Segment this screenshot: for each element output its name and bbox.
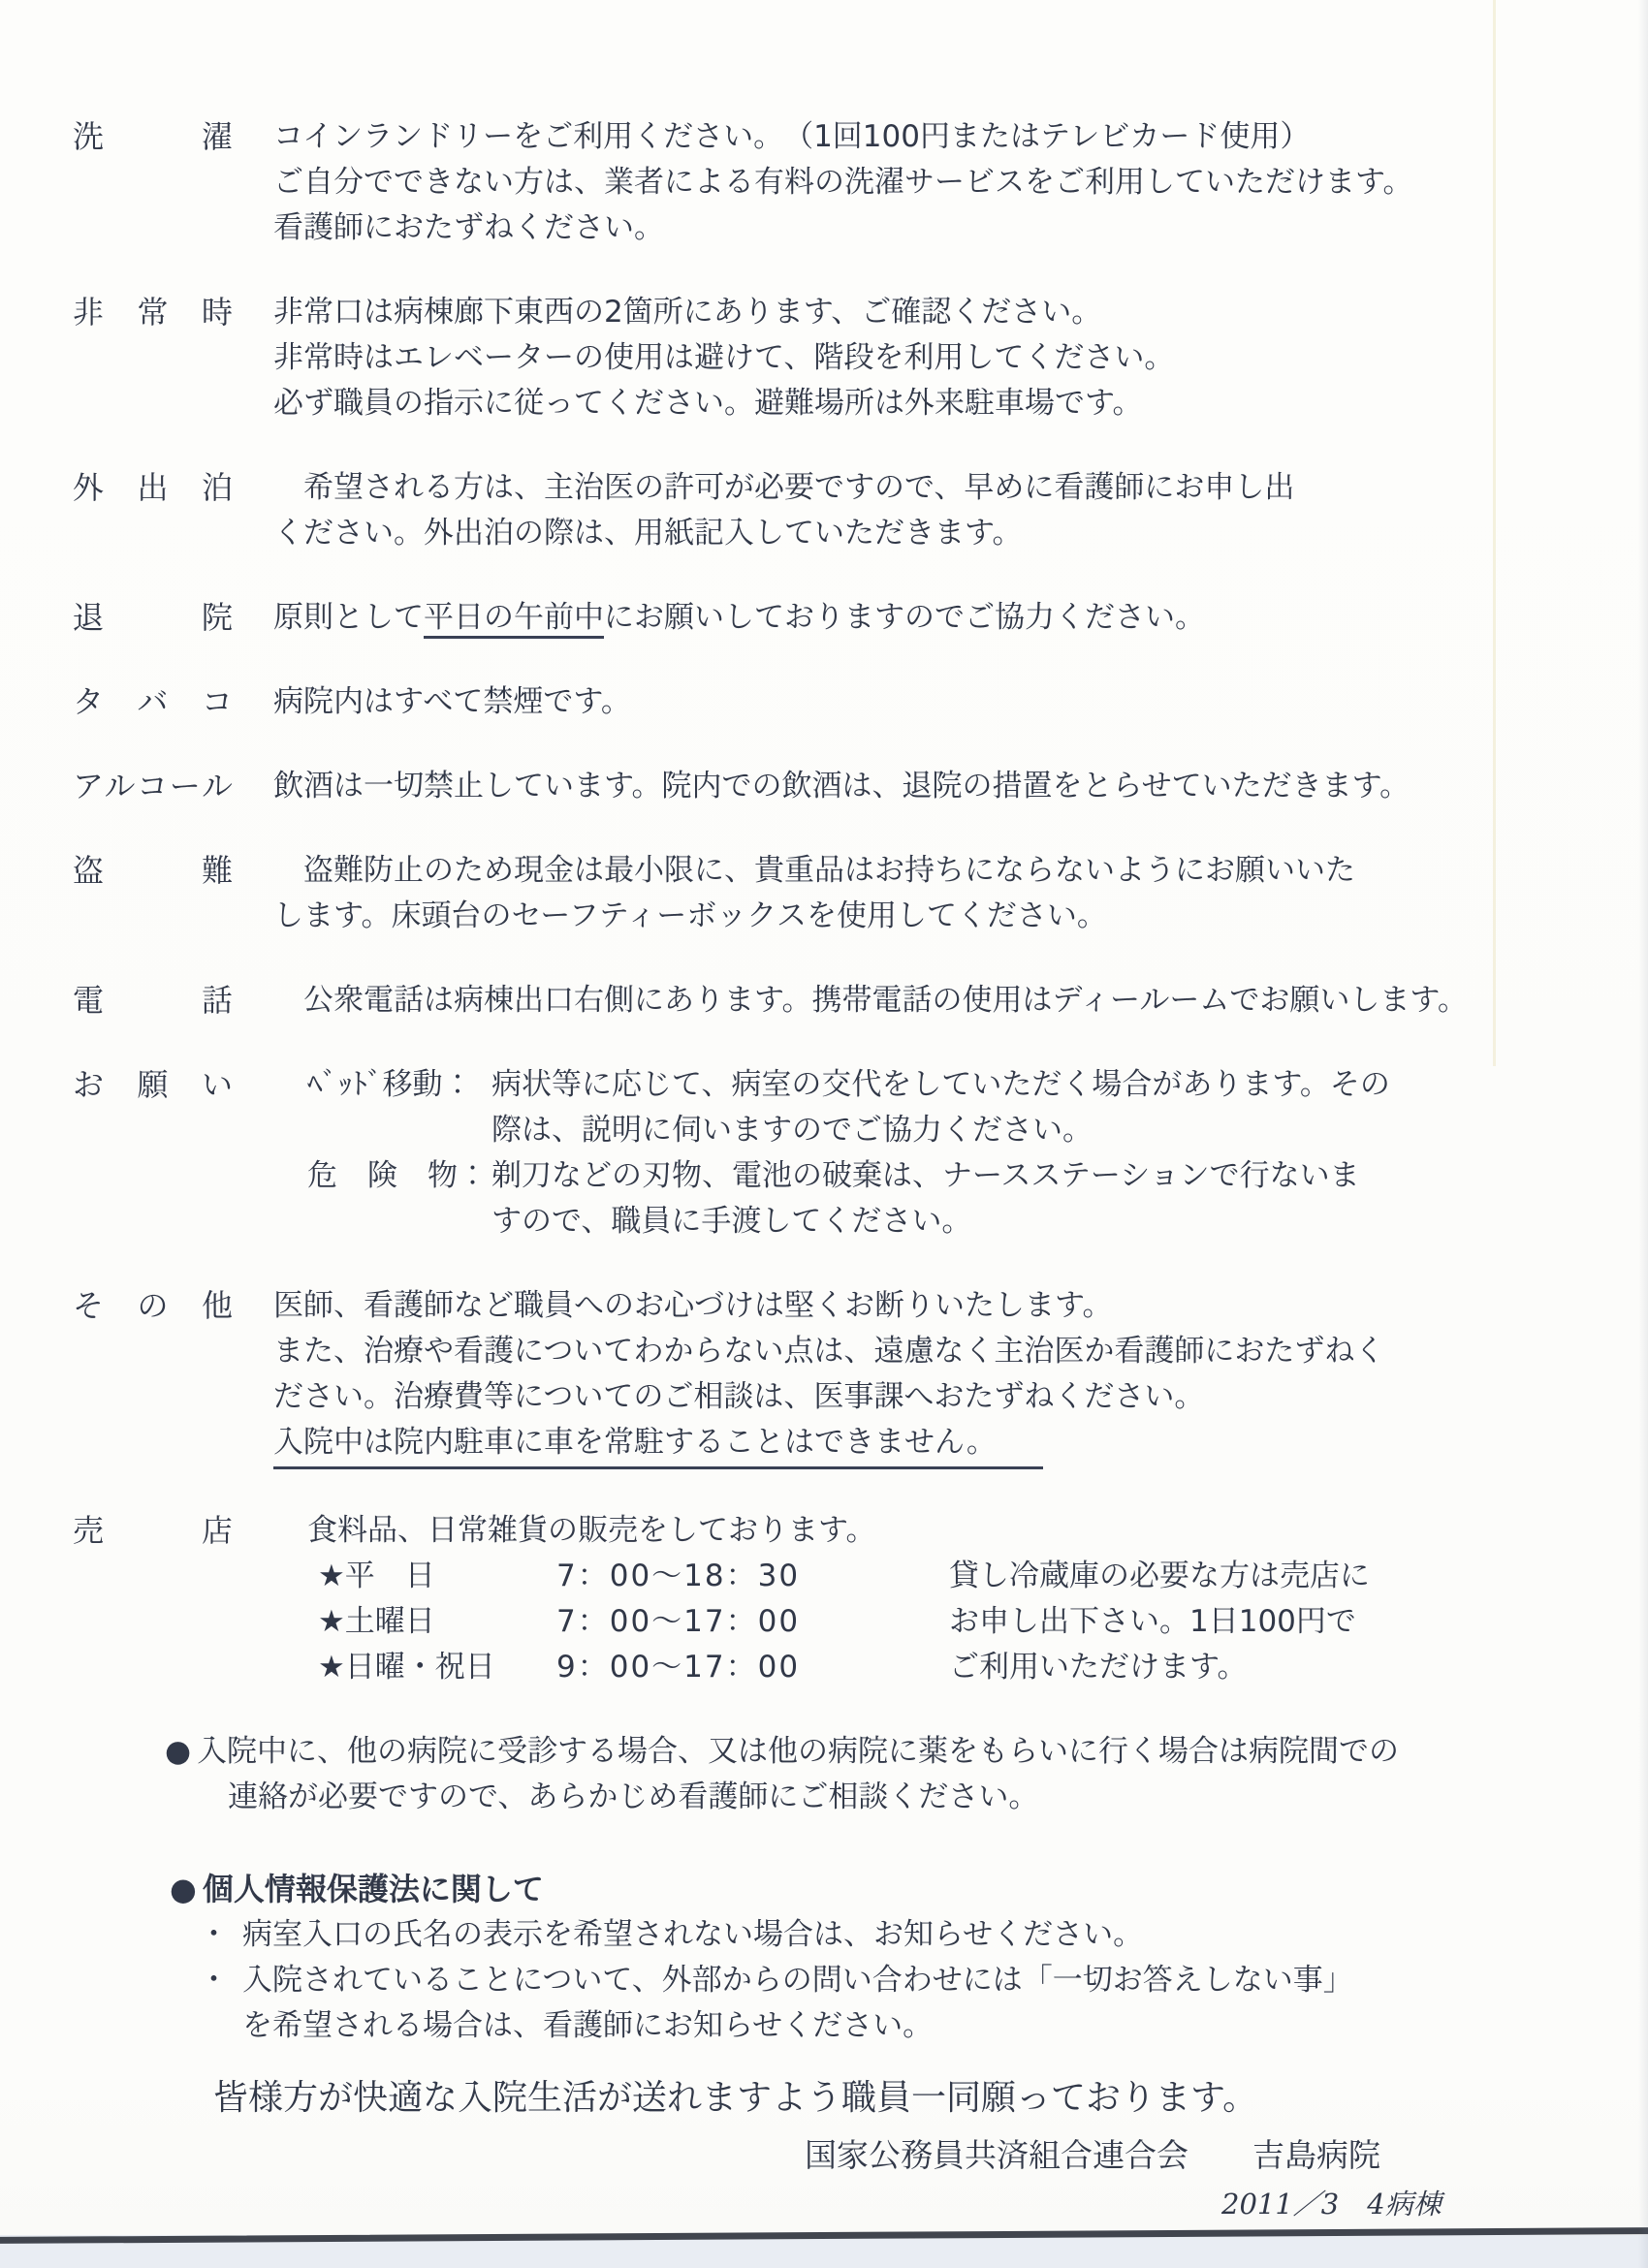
dot-icon: ・ [199,1963,229,1998]
text-segment: 入院中に、他の病院に受診する場合、又は他の病院に薬をもらいに行く場合は病院間での [197,1734,1399,1769]
text-segment: 病室入口の氏名の表示を希望されない場合は、お知らせください。 [242,1917,1143,1952]
closing-message: 皆様方が快適な入院生活が送れますよう職員一同願っております。 [213,2074,1590,2123]
bullet-icon: ● [165,1734,191,1769]
shop-hours: 9：00～17：00 [556,1645,949,1690]
text-line: 際は、説明に伺いますのでご協力ください。 [491,1108,1590,1153]
text-line: 医師、看護師など職員へのお心づけは堅くお断りいたします。 [273,1283,1590,1329]
text-line: 連絡が必要ですので、あらかじめ看護師にご相談ください。 [228,1775,1590,1820]
section-content: 食料品、日常雑貨の販売をしております。 ★平 日 7：00～18：30 貸し冷蔵… [273,1508,1590,1690]
section-discharge: 退院 原則として平日の午前中にお願いしておりますのでご協力ください。 [73,595,1590,641]
section-label-tobacco: タバコ [73,679,233,725]
text-line: また、治療や看護についてわからない点は、遠慮なく主治医か看護師におたずねく [273,1329,1590,1374]
section-content: コインランドリーをご利用ください。 （1回100円またはテレビカード使用） ご自… [273,114,1590,251]
shop-schedule-row: ★土曜日 7：00～17：00 お申し出下さい。1日100円で [318,1599,1590,1645]
shop-day: ★平 日 [318,1554,556,1599]
section-label-telephone: 電話 [73,978,233,1024]
text-line: を希望される場合は、看護師にお知らせください。 [242,2003,1590,2049]
text-line: ●入院中に、他の病院に受診する場合、又は他の病院に薬をもらいに行く場合は病院間で… [165,1729,1590,1775]
section-label-overnight-leave: 外出泊 [73,465,233,556]
text-line: 必ず職員の指示に従ってください。避難場所は外来駐車場です。 [273,381,1590,426]
privacy-item: ・病室入口の氏名の表示を希望されない場合は、お知らせください。 [199,1912,1590,1958]
section-shop: 売店 食料品、日常雑貨の販売をしております。 ★平 日 7：00～18：30 貸… [73,1508,1590,1690]
text-line: ださい。治療費等についてのご相談は、医事課へおたずねください。 [273,1374,1590,1420]
section-label-theft: 盗難 [73,848,233,939]
section-label-shop: 売店 [73,1508,233,1690]
text-line: コインランドリーをご利用ください。 （1回100円またはテレビカード使用） [273,114,1590,160]
section-content: 原則として平日の午前中にお願いしておりますのでご協力ください。 [273,595,1590,641]
text-line: ご自分でできない方は、業者による有料の洗濯サービスをご利用していただけます。 [273,160,1590,205]
text-line: 非常時はエレベーターの使用は避けて、階段を利用してください。 [273,335,1590,381]
section-content: 病院内はすべて禁煙です。 [273,679,1590,725]
section-tobacco: タバコ 病院内はすべて禁煙です。 [73,679,1590,725]
underlined-text: 入院中は院内駐車に車を常駐することはできません。 [273,1420,1043,1469]
text-line: します。床頭台のセーフティーボックスを使用してください。 [273,894,1590,939]
shop-day: ★日曜・祝日 [318,1645,556,1690]
section-label-laundry: 洗濯 [73,114,233,251]
request-term: ﾍﾞｯﾄﾞ移動： [307,1062,491,1108]
text-segment: 病状等に応じて、病室の交代をしていただく場合があります。その [491,1067,1390,1102]
section-content: 飲酒は一切禁止しています。院内での飲酒は、退院の措置をとらせていただきます。 [273,764,1590,809]
privacy-heading: ●個人情報保護法に関して [170,1867,1590,1912]
underlined-text: 平日の午前中 [424,600,604,639]
request-term: 危 険 物： [307,1153,491,1199]
text-line: 危 険 物：剃刀などの刃物、電池の破棄は、ナースステーションで行ないま [307,1153,1590,1199]
text-line: 公衆電話は病棟出口右側にあります。携帯電話の使用はディールームでお願いします。 [273,978,1590,1024]
note-other-hospital: ●入院中に、他の病院に受診する場合、又は他の病院に薬をもらいに行く場合は病院間で… [165,1729,1590,1820]
text-line: ください。外出泊の際は、用紙記入していただきます。 [273,511,1590,556]
text-line: 飲酒は一切禁止しています。院内での飲酒は、退院の措置をとらせていただきます。 [273,764,1590,809]
text-segment: 原則として [273,600,424,635]
section-content: ﾍﾞｯﾄﾞ移動：病状等に応じて、病室の交代をしていただく場合があります。その 際… [273,1062,1590,1244]
text-line: 盗難防止のため現金は最小限に、貴重品はお持ちにならないようにお願いいた [273,848,1590,894]
scanned-hospital-guide-page: 洗濯 コインランドリーをご利用ください。 （1回100円またはテレビカード使用）… [0,0,1648,2268]
shop-note: 貸し冷蔵庫の必要な方は売店に [949,1554,1370,1599]
section-theft: 盗難 盗難防止のため現金は最小限に、貴重品はお持ちにならないようにお願いいた し… [73,848,1590,939]
text-line: 病院内はすべて禁煙です。 [273,679,1590,725]
section-overnight-leave: 外出泊 希望される方は、主治医の許可が必要ですので、早めに看護師にお申し出 くだ… [73,465,1590,556]
note-privacy: ●個人情報保護法に関して ・病室入口の氏名の表示を希望されない場合は、お知らせく… [170,1867,1590,2049]
shop-schedule-row: ★平 日 7：00～18：30 貸し冷蔵庫の必要な方は売店に [318,1554,1590,1599]
privacy-item: ・入院されていることについて、外部からの問い合わせには「一切お答えしない事」 [199,1958,1590,2003]
section-requests: お願い ﾍﾞｯﾄﾞ移動：病状等に応じて、病室の交代をしていただく場合があります。… [73,1062,1590,1244]
section-content: 公衆電話は病棟出口右側にあります。携帯電話の使用はディールームでお願いします。 [273,978,1590,1024]
text-segment: 剃刀などの刃物、電池の破棄は、ナースステーションで行ないま [491,1158,1360,1193]
section-alcohol: アルコール 飲酒は一切禁止しています。院内での飲酒は、退院の措置をとらせていただ… [73,764,1590,809]
hospital-guide-document: 洗濯 コインランドリーをご利用ください。 （1回100円またはテレビカード使用）… [73,114,1590,2222]
section-telephone: 電話 公衆電話は病棟出口右側にあります。携帯電話の使用はディールームでお願いしま… [73,978,1590,1024]
text-segment: 個人情報保護法に関して [203,1871,544,1907]
text-line: 看護師におたずねください。 [273,205,1590,251]
section-label-emergency: 非常時 [73,290,233,426]
section-emergency: 非常時 非常口は病棟廊下東西の2箇所にあります、ご確認ください。 非常時はエレベ… [73,290,1590,426]
text-line: 入院中は院内駐車に車を常駐することはできません。 [273,1420,1590,1469]
dot-icon: ・ [199,1917,229,1952]
request-item-dangerous-goods: 危 険 物：剃刀などの刃物、電池の破棄は、ナースステーションで行ないま すので、… [273,1153,1590,1244]
text-line: 食料品、日常雑貨の販売をしております。 [307,1508,1590,1554]
shop-day: ★土曜日 [318,1599,556,1645]
text-line: すので、職員に手渡してください。 [491,1199,1590,1244]
section-content: 盗難防止のため現金は最小限に、貴重品はお持ちにならないようにお願いいた します。… [273,848,1590,939]
request-item-bed-move: ﾍﾞｯﾄﾞ移動：病状等に応じて、病室の交代をしていただく場合があります。その 際… [273,1062,1590,1153]
section-label-discharge: 退院 [73,595,233,641]
text-segment: 入院されていることについて、外部からの問い合わせには「一切お答えしない事」 [242,1963,1353,1998]
date-and-ward: 2011／3 4病棟 [1221,2183,1590,2222]
section-laundry: 洗濯 コインランドリーをご利用ください。 （1回100円またはテレビカード使用）… [73,114,1590,251]
text-line: ﾍﾞｯﾄﾞ移動：病状等に応じて、病室の交代をしていただく場合があります。その [307,1062,1590,1108]
text-line: 非常口は病棟廊下東西の2箇所にあります、ご確認ください。 [273,290,1590,335]
section-content: 非常口は病棟廊下東西の2箇所にあります、ご確認ください。 非常時はエレベーターの… [273,290,1590,426]
shop-hours: 7：00～18：30 [556,1554,949,1599]
section-label-requests: お願い [73,1062,233,1244]
shop-hours: 7：00～17：00 [556,1599,949,1645]
text-segment: にお願いしておりますのでご協力ください。 [604,600,1205,635]
bullet-icon: ● [170,1871,197,1907]
text-line: 希望される方は、主治医の許可が必要ですので、早めに看護師にお申し出 [273,465,1590,511]
section-content: 希望される方は、主治医の許可が必要ですので、早めに看護師にお申し出 ください。外… [273,465,1590,556]
shop-schedule-row: ★日曜・祝日 9：00～17：00 ご利用いただけます。 [318,1645,1590,1690]
section-others: その他 医師、看護師など職員へのお心づけは堅くお断りいたします。 また、治療や看… [73,1283,1590,1469]
section-label-alcohol: アルコール [73,764,233,809]
section-label-others: その他 [73,1283,233,1469]
shop-note: ご利用いただけます。 [949,1645,1248,1690]
text-line: 原則として平日の午前中にお願いしておりますのでご協力ください。 [273,595,1590,641]
organization-name: 国家公務員共済組合連合会 吉島病院 [805,2132,1590,2179]
shop-note: お申し出下さい。1日100円で [949,1599,1356,1645]
scan-right-shade [1638,0,1648,2268]
section-content: 医師、看護師など職員へのお心づけは堅くお断りいたします。 また、治療や看護につい… [273,1283,1590,1469]
